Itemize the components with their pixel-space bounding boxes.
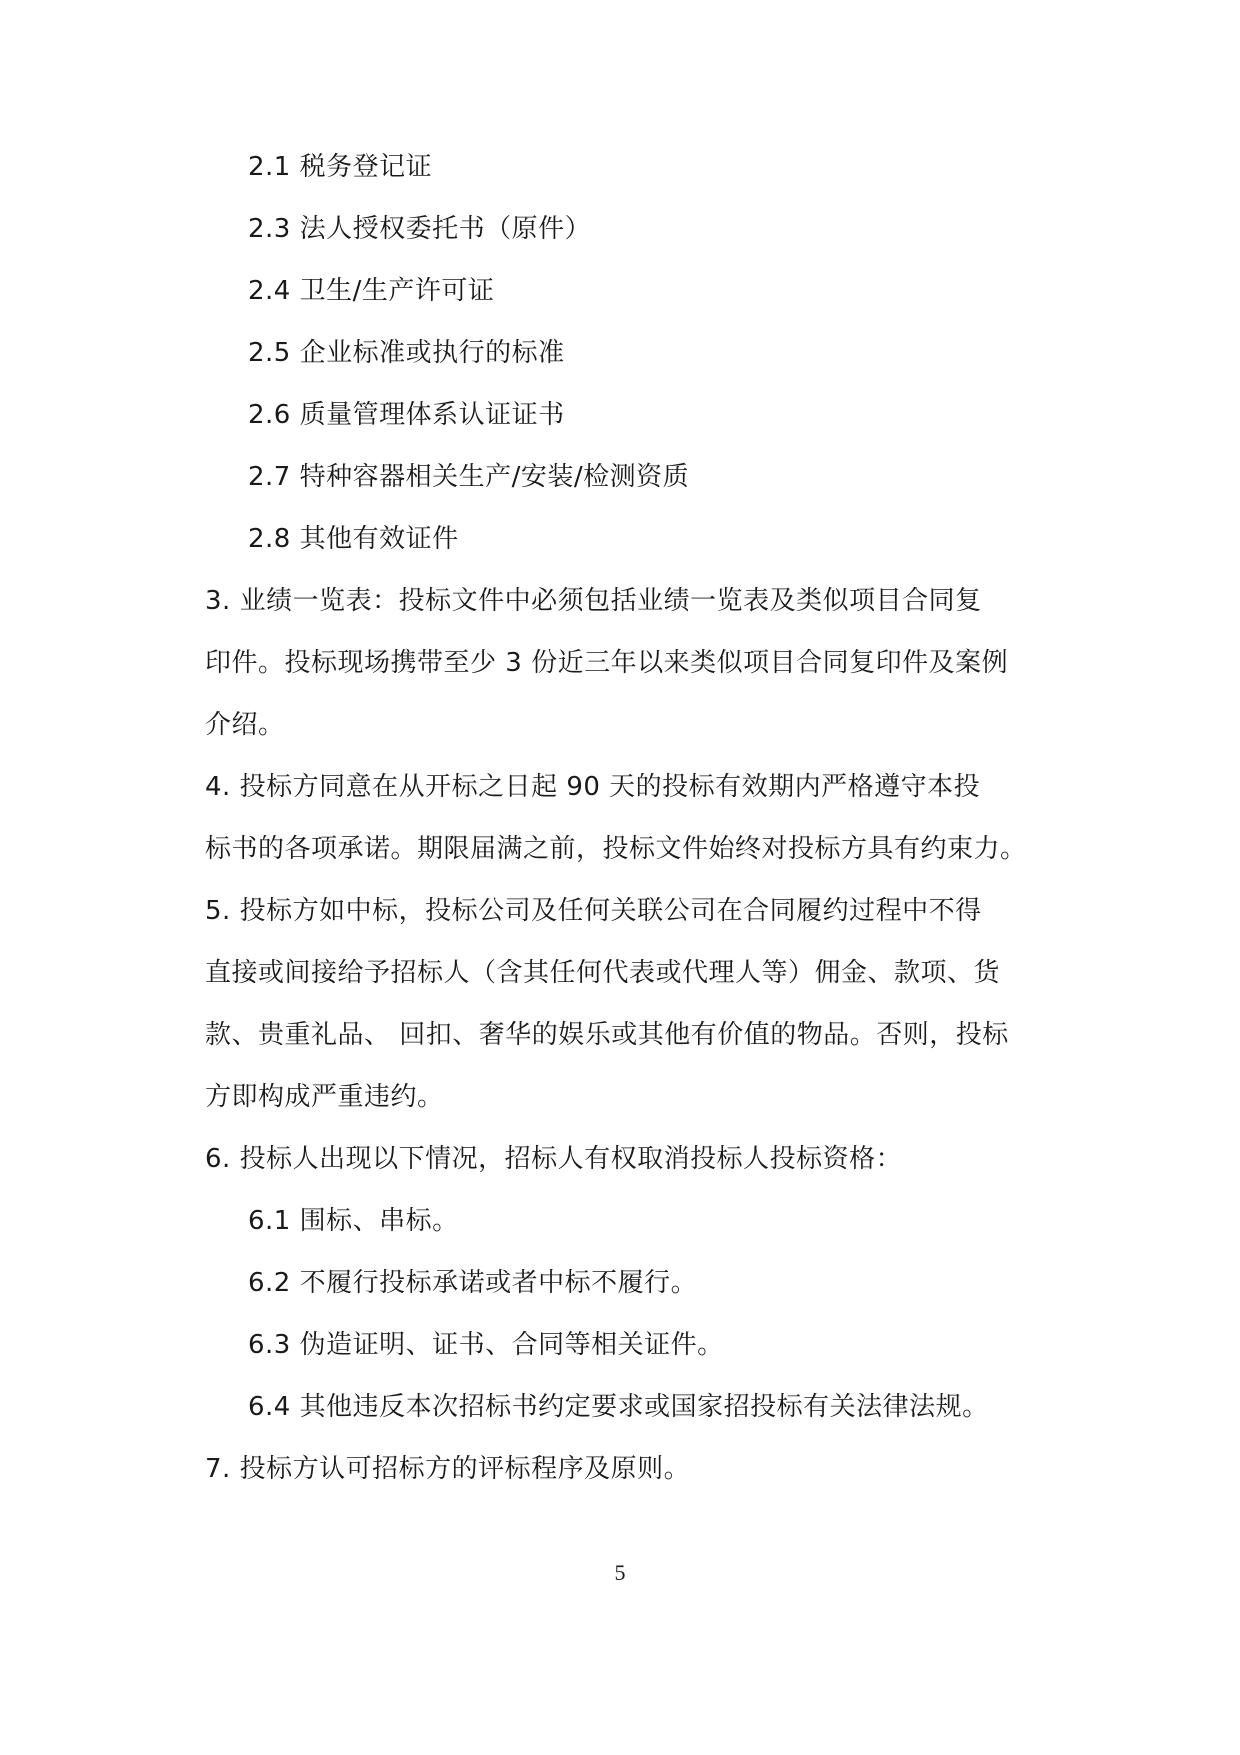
paragraph-7: 7. 投标方认可招标方的评标程序及原则。 [205,1452,690,1486]
document-page: 2.1 税务登记证 2.3 法人授权委托书（原件） 2.4 卫生/生产许可证 2… [0,0,1240,1755]
list-item-2-1: 2.1 税务登记证 [248,150,432,184]
list-item-6-4: 6.4 其他违反本次招标书约定要求或国家招投标有关法律法规。 [248,1390,989,1424]
paragraph-6: 6. 投标人出现以下情况，招标人有权取消投标人投标资格： [205,1142,902,1176]
paragraph-3-line-2: 印件。投标现场携带至少 3 份近三年以来类似项目合同复印件及案例 [205,646,1008,680]
page-number: 5 [0,1560,1240,1586]
paragraph-3-line-1: 3. 业绩一览表：投标文件中必须包括业绩一览表及类似项目合同复 [205,584,982,618]
paragraph-4-line-1: 4. 投标方同意在从开标之日起 90 天的投标有效期内严格遵守本投 [205,770,980,804]
list-item-2-5: 2.5 企业标准或执行的标准 [248,336,565,370]
paragraph-4-line-2: 标书的各项承诺。期限届满之前，投标文件始终对投标方具有约束力。 [205,832,1027,866]
list-item-2-7: 2.7 特种容器相关生产/安装/检测资质 [248,460,689,494]
paragraph-5-line-4: 方即构成严重违约。 [205,1080,444,1114]
list-item-6-3: 6.3 伪造证明、证书、合同等相关证件。 [248,1328,724,1362]
paragraph-5-line-3: 款、贵重礼品、 回扣、奢华的娱乐或其他有价值的物品。否则，投标 [205,1018,1009,1052]
list-item-6-1: 6.1 围标、串标。 [248,1204,459,1238]
list-item-2-6: 2.6 质量管理体系认证证书 [248,398,565,432]
list-item-2-8: 2.8 其他有效证件 [248,522,459,556]
list-item-2-4: 2.4 卫生/生产许可证 [248,274,494,308]
list-item-6-2: 6.2 不履行投标承诺或者中标不履行。 [248,1266,697,1300]
list-item-2-3: 2.3 法人授权委托书（原件） [248,212,591,246]
paragraph-3-line-3: 介绍。 [205,708,285,742]
paragraph-5-line-2: 直接或间接给予招标人（含其任何代表或代理人等）佣金、款项、货 [205,956,1000,990]
paragraph-5-line-1: 5. 投标方如中标，投标公司及任何关联公司在合同履约过程中不得 [205,894,982,928]
